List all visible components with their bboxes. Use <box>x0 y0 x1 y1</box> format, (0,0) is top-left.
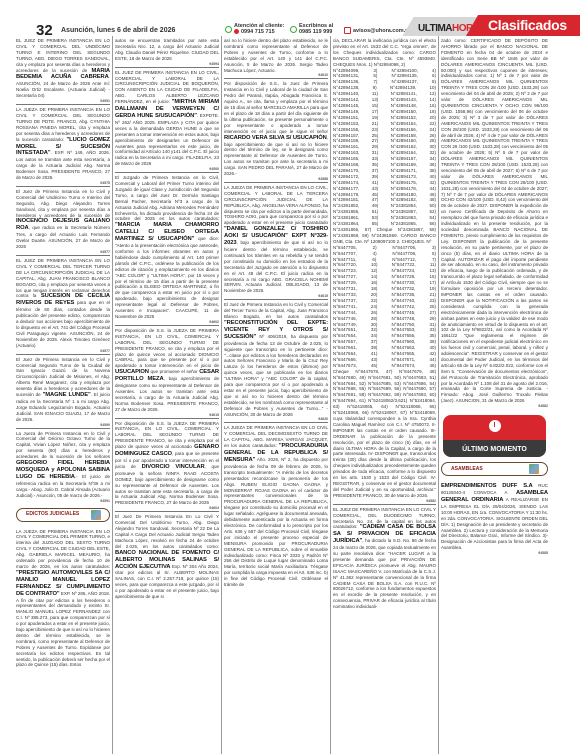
whatsapp-icon <box>225 26 232 33</box>
legal-notice: EL JUEZ DE PRIMERA INSTANCIA EN LO CIVIL… <box>333 504 436 611</box>
column-3: así no lo hiciere dentro del plazo estab… <box>224 36 328 756</box>
notice-code: 94620 <box>224 417 328 421</box>
whatsapp-contact: Escribinos al0985 119 999 <box>290 23 333 35</box>
cheque-list: N°8447705,2)N°8447706,3)N°8447707,4)N°84… <box>333 245 436 369</box>
assembly-notice: EMPRENDIMIENTOS DUFF S.A RUC 80125040-4 … <box>441 481 548 556</box>
column-divider <box>221 36 222 754</box>
notice-code: 94604 <box>115 506 219 510</box>
legal-notice: Por disposición de S.S. la JUEZA DE PRIM… <box>115 418 219 512</box>
notice-code: 94575 <box>16 181 110 185</box>
legal-notice: Por disposición de S.S., la Juez de Prim… <box>224 78 328 182</box>
phone-icon <box>234 29 239 34</box>
gavel-icon <box>91 510 101 520</box>
notice-code: 94588 <box>224 177 328 181</box>
mail-icon <box>344 27 351 34</box>
legal-notice: EL JUEZ DE PRIMERA INSTANCIA EN LO CIVIL… <box>16 255 110 354</box>
ultimo-momento-banner[interactable]: ÚLTIMO MOMENTO <box>443 415 546 457</box>
asambleas-badge: ASAMBLEAS <box>441 462 548 476</box>
notice-code: 94594 <box>115 62 219 66</box>
legal-notice: autos se encuentran tramitados por ante … <box>115 36 219 67</box>
legal-notice: El Juez de Primera Instancia en lo Civil… <box>224 299 328 422</box>
cheque-list: N°42894099,3)N°42894100,4)N°42894131,5)N… <box>333 68 436 227</box>
notice-code: 94551 <box>16 99 110 103</box>
notice-code: 94615 <box>224 294 328 298</box>
email-address[interactable]: avisos@uhora.com.py <box>353 28 412 34</box>
legal-notice: El Juez de Primera Instancia en lo Civil… <box>16 186 110 255</box>
meeting-icon <box>529 464 539 474</box>
column-1: EL JUEZ DE PRIMERA INSTANCIA EN LO CIVIL… <box>16 36 110 756</box>
column-4-cheques: cia, DECLARAR la ineficacia jurídica con… <box>333 36 436 756</box>
section-title: Clasificados <box>488 17 567 33</box>
column-2: autos se encuentran tramitados por ante … <box>115 36 219 756</box>
legal-notice: El Juez De Primera Instancia En Lo Civil… <box>115 511 219 601</box>
legal-notice: El Juzgado de Primera Instancia en lo Ci… <box>115 172 219 325</box>
notice-code: 94615 <box>115 413 219 417</box>
customer-service-phone[interactable]: 0994 715 715 <box>241 29 275 35</box>
legal-notice: LA JUEZA DE PRIMERA INSTANCIA EN LO CIVI… <box>224 182 328 299</box>
page-header: 32 Asunción, lunes 6 de abril de 2026 At… <box>0 0 580 34</box>
edictos-judiciales-badge: EDICTOS JUDICIALES <box>16 508 110 522</box>
notice-code: 94577 <box>16 349 110 353</box>
legal-notice: Por disposición de S.S. la JUEZA DE PRIM… <box>115 325 219 418</box>
legal-notice: cia, DECLARAR la ineficacia jurídica con… <box>333 36 436 504</box>
notice-code: 94591 <box>16 499 110 503</box>
notice-code: 94582 <box>333 499 436 503</box>
publication-date: Asunción, lunes 6 de abril de 2026 <box>61 27 175 34</box>
legal-notice: LA JUEZA DE PRIMERA INSTANCIA EN LO CIVI… <box>16 527 110 670</box>
legal-notice: así no lo hiciere dentro del plazo estab… <box>224 36 328 78</box>
column-5: zado como: CERTIFICADO DE DEPÓSITO DE AH… <box>441 36 548 756</box>
notice-code: 94500 <box>115 167 219 171</box>
legal-notice: zado como: CERTIFICADO DE DEPÓSITO DE AH… <box>441 36 548 409</box>
customer-service-contact: Atención al cliente:0994 715 715 <box>225 23 284 35</box>
email-contact: avisos@uhora.com.py <box>344 27 412 34</box>
legal-notice: LA JUEZA DE PRIMERA INSTANCIA EN LO CIVI… <box>224 422 328 588</box>
clock-icon <box>489 420 501 432</box>
notice-code: 94585 <box>441 551 548 555</box>
notice-code: 94577 <box>16 250 110 254</box>
column-divider <box>438 36 439 754</box>
ultimo-momento-label: ÚLTIMO MOMENTO <box>443 447 546 453</box>
notice-code: 94590 <box>16 423 110 427</box>
notice-code: 94610 <box>224 73 328 77</box>
legal-notice: EL JUEZ DE PRIMERA INSTANCIA EN LO CIVIL… <box>115 67 219 173</box>
column-divider <box>112 36 113 754</box>
whatsapp-number[interactable]: 0985 119 999 <box>299 29 332 35</box>
notice-code: 94582 <box>441 404 548 408</box>
legal-notice: El Juez de Primera Instancia en lo Civil… <box>16 354 110 428</box>
notice-code: 94602 <box>115 320 219 324</box>
legal-notice: EL JUEZ DE PRIMERA INSTANCIA EN LO CIVIL… <box>16 36 110 104</box>
legal-notice: La Jueza de Primera Instancia en lo Civi… <box>16 428 110 504</box>
legal-notice: LA JUEZA DE PRIMERA INSTANCIA EN LO CIVI… <box>16 104 110 186</box>
whatsapp-icon <box>290 26 297 33</box>
column-divider <box>330 36 331 754</box>
